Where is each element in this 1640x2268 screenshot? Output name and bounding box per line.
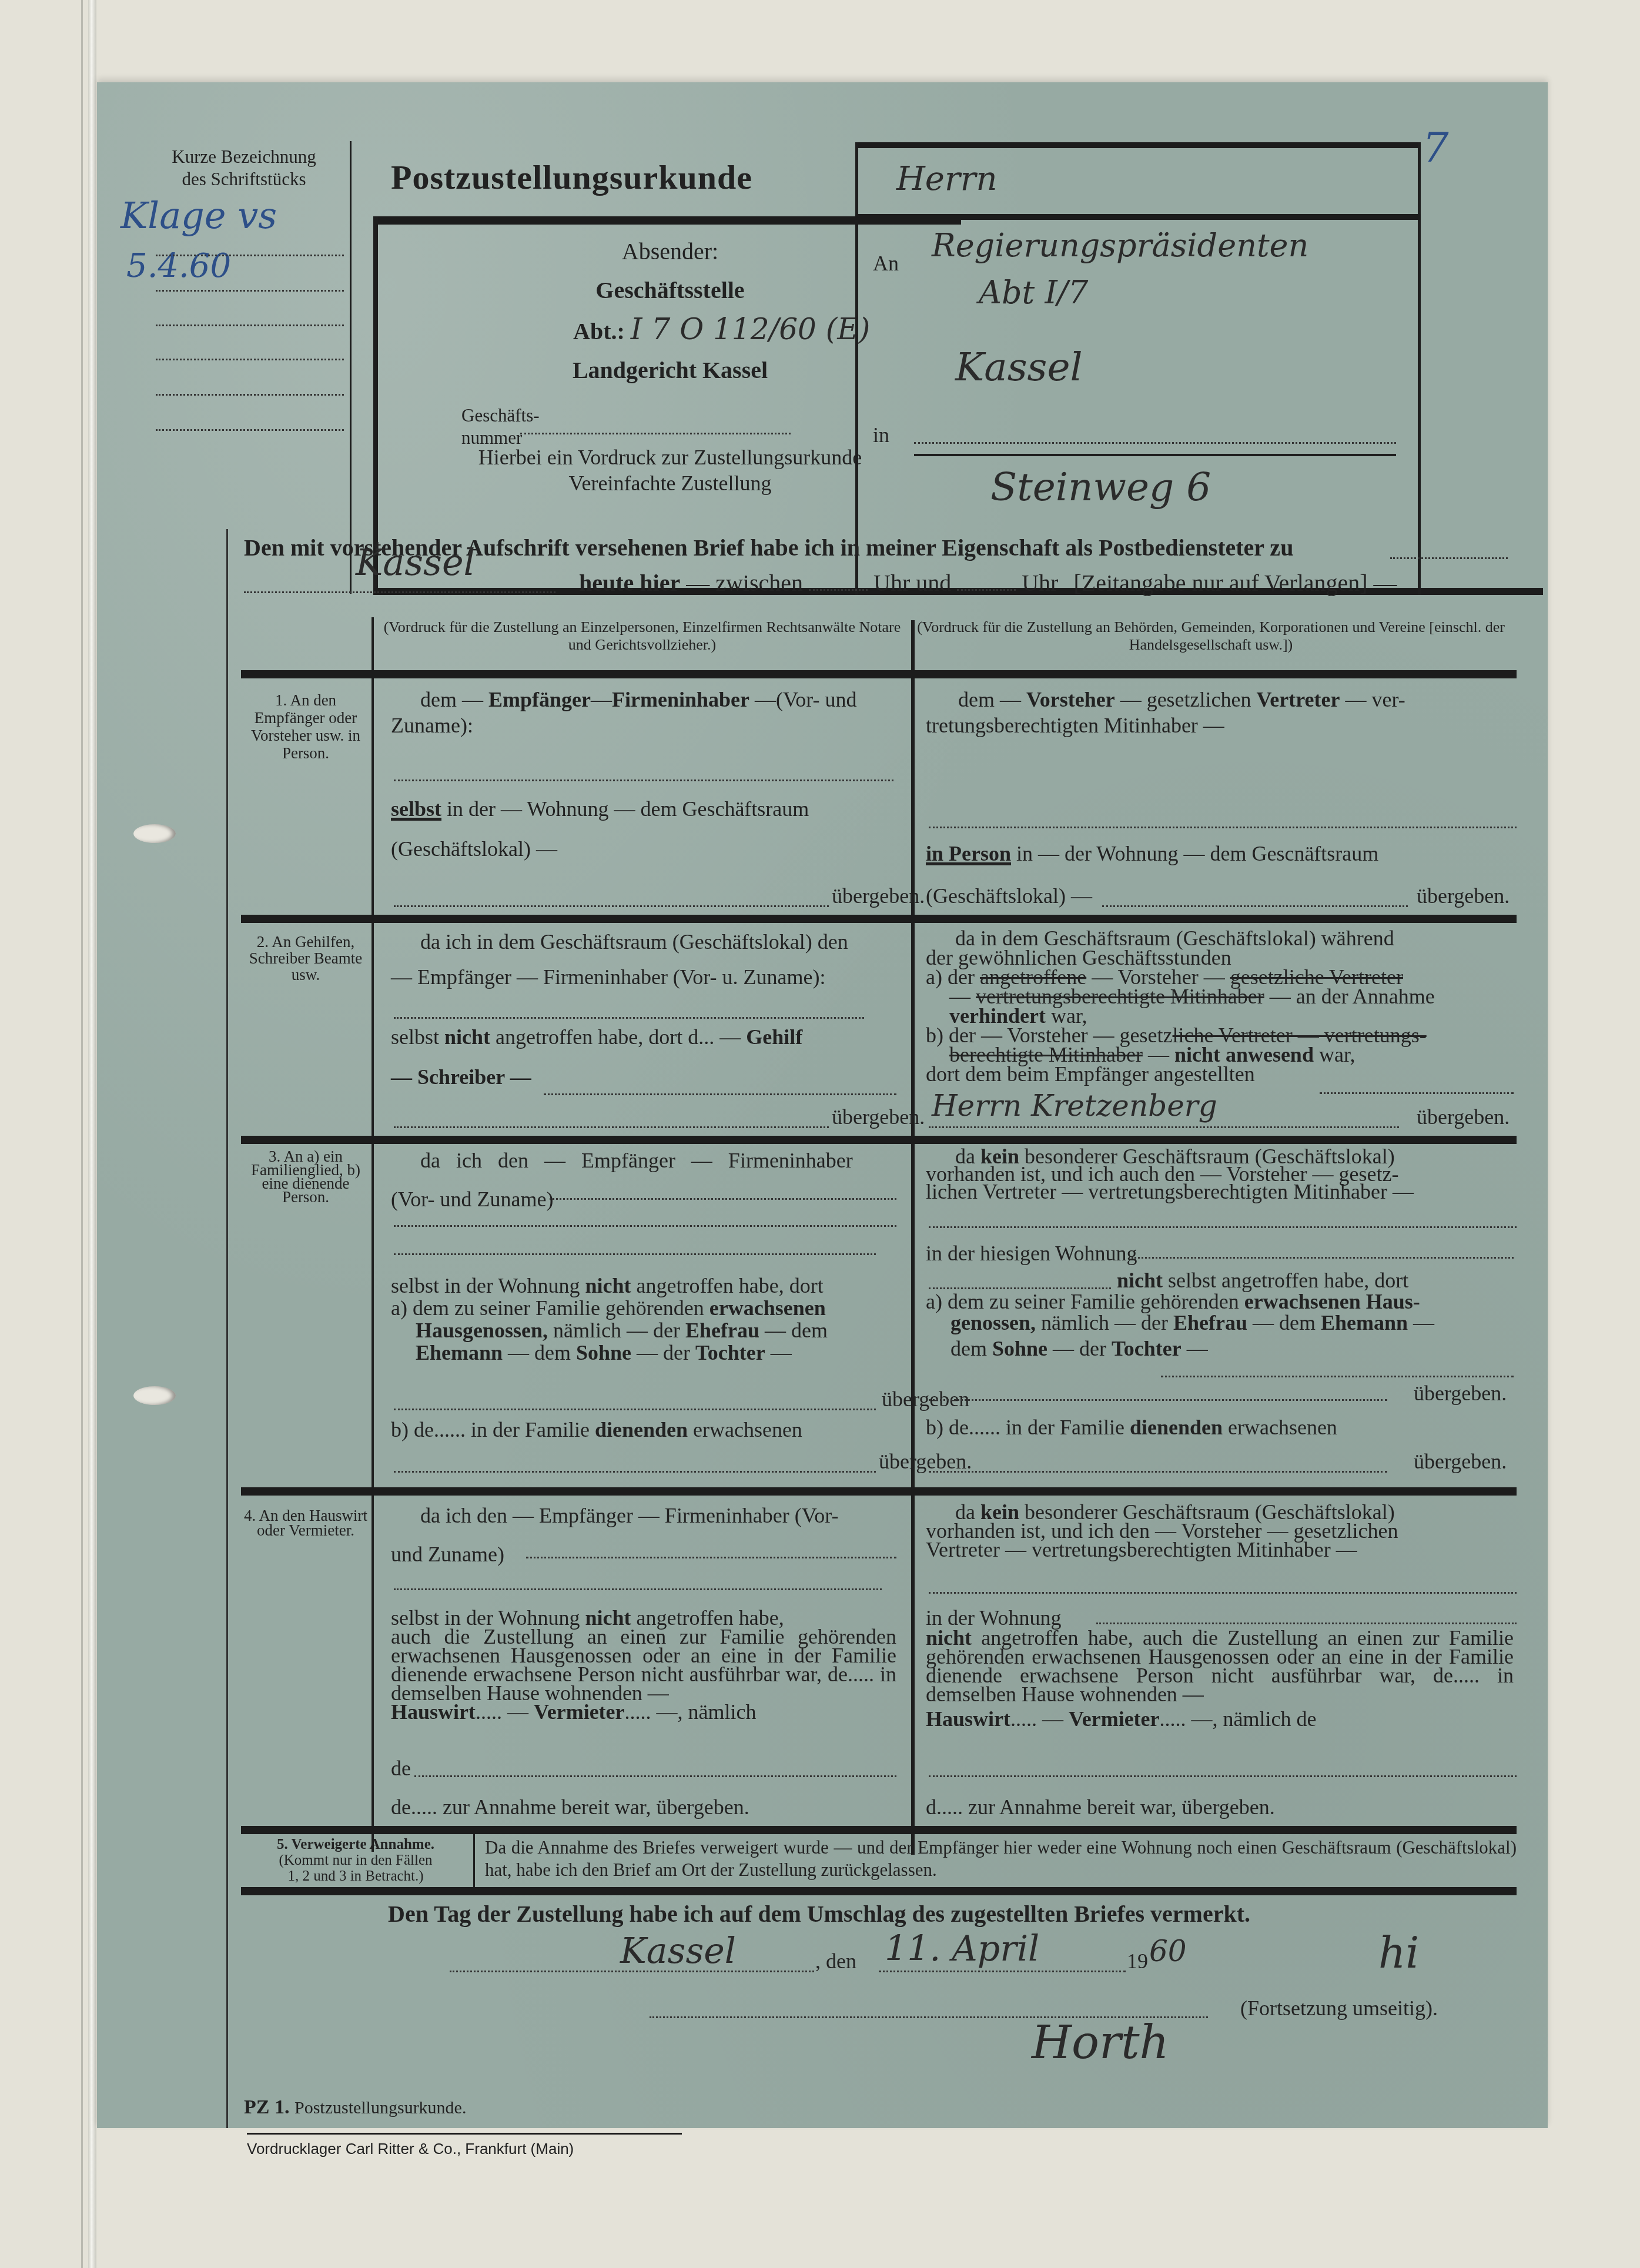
heute-hier: heute hier (579, 570, 680, 596)
intro-place-field (1390, 557, 1508, 559)
section-2-label: 2. An Gehilfen, Schreiber Beamte usw. (241, 934, 370, 983)
signature-field (650, 2016, 1208, 2018)
handwritten-salutation: Herrn (896, 160, 998, 198)
sleeve-edge-line (81, 0, 83, 2268)
abt-label: Abt.: (573, 318, 625, 344)
section-1-label: 1. An den Empfänger oder Vorsteher usw. … (241, 691, 370, 762)
s3r-dash2: — (1187, 1337, 1208, 1360)
left-dotted-line-6 (156, 429, 344, 431)
s2l-line-1: da ich in dem Geschäftsraum (Geschäftslo… (391, 929, 896, 955)
sender-court: Landgericht Kassel (379, 356, 961, 384)
handwritten-employee-name: Herrn Kretzenberg (932, 1089, 1217, 1123)
footer-form-name: Postzustellungsurkunde. (294, 2098, 467, 2118)
left-margin-line (226, 529, 228, 2128)
s4l-vermieter: Vermieter (534, 1700, 625, 1724)
s2l-name-field (394, 1017, 864, 1019)
refusal-label-2: (Kommt nur in den Fällen (241, 1852, 470, 1868)
s4l-naemlich: ..... —, nämlich (625, 1700, 757, 1724)
s3r-dienenden: dienenden (1130, 1416, 1223, 1439)
left-label: Kurze Bezeichnung des Schriftstücks (144, 146, 344, 190)
handwritten-recipient-line-1: Regierungspräsidenten (932, 227, 1308, 264)
s1r-wohnung: in — der Wohnung — dem Gescnäftsraum (1016, 842, 1378, 865)
time-from-field (809, 589, 868, 591)
section-3-left: da ich den — Empfänger — Firmeninhaber (… (391, 1148, 896, 1212)
s3r-b-row: b) de...... in der Familie dienenden erw… (926, 1414, 1514, 1440)
s4l-hauswirt: Hauswirt (391, 1700, 476, 1724)
s3l-dash: — (771, 1341, 792, 1364)
s3l-der: — der (637, 1341, 690, 1364)
header-divider (350, 141, 352, 594)
s1r-gesetzlichen: — gesetzlichen (1120, 688, 1251, 711)
closing-place-field (450, 1971, 814, 1972)
s2r-angestellten: dort dem beim Empfänger angestellten (926, 1065, 1514, 1084)
s3l-b-1: b) de...... in der Familie (391, 1418, 590, 1441)
s4l-dots1: ..... — (476, 1700, 528, 1724)
s3r-a-field (929, 1399, 1387, 1401)
s3r-dash: — (1413, 1311, 1434, 1334)
s2l-schreiber-field (544, 1093, 896, 1095)
s3r-b-field (929, 1471, 1387, 1473)
s1r-dem: dem — (958, 688, 1021, 711)
section-2-rule (241, 1136, 1517, 1144)
closing-date-field (879, 1971, 1126, 1972)
section-4-right: da kein besonderer Geschäftsraum (Geschä… (926, 1503, 1514, 1559)
continuation-note: (Fortsetzung umseitig). (1240, 1995, 1438, 2021)
s1r-vertreter: Vertreter (1257, 688, 1340, 711)
handwritten-delivery-place: Kassel (356, 541, 475, 584)
s1r-geschaeftslokal: (Geschäftslokal) — (926, 883, 1092, 909)
s4r-end: d..... zur Annahme bereit war, übergeben… (926, 1794, 1275, 1820)
section-1-right: dem — Vorsteher — gesetzlichen Vertreter… (926, 687, 1514, 738)
s3l-hausgenossen: Hausgenossen, (416, 1319, 548, 1342)
s3l-tochter: Tochter (695, 1341, 765, 1364)
s1l-selbst-row: selbst in der — Wohnung — dem Geschäftsr… (391, 796, 896, 862)
s2r-uebergeben: übergeben. (1417, 1104, 1510, 1130)
s3l-selbst: selbst in der Wohnung (391, 1274, 580, 1297)
sleeve-edge (88, 0, 96, 2268)
refusal-rule (241, 1887, 1517, 1895)
left-dotted-line-4 (156, 359, 344, 360)
s2l-handover-field (394, 1126, 829, 1128)
s3l-angetroffen: angetroffen habe, dort (636, 1274, 823, 1297)
s3r-nicht: nicht (1117, 1269, 1163, 1292)
s3l-name-field-1 (550, 1198, 896, 1200)
uhr-und: Uhr und (873, 570, 951, 596)
footer-printer: Vordrucklager Carl Ritter & Co., Frankfu… (247, 2140, 574, 2158)
s1r-vorsteher: Vorsteher (1026, 688, 1115, 711)
s2r-annahme: — an der Annahme (1270, 985, 1435, 1008)
s3l-line-1: da ich den — Empfänger — Firmeninhaber (391, 1148, 896, 1173)
handwritten-corner-mark: 7 (1423, 123, 1449, 172)
postal-delivery-certificate: Kurze Bezeichnung des Schriftstücks Klag… (97, 82, 1548, 2128)
s3r-ehemann: Ehemann (1321, 1311, 1408, 1334)
label-column-divider (371, 617, 374, 1852)
s2l-angetroffen: angetroffen habe, dort d... — (496, 1025, 741, 1049)
refusal-label-3: 1, 2 und 3 in Betracht.) (241, 1868, 470, 1884)
s4l-name-field-2 (394, 1588, 882, 1590)
file-number-field (520, 433, 791, 434)
punch-hole-bottom (133, 1386, 176, 1405)
left-dotted-line-5 (156, 394, 344, 396)
handwritten-recipient-line-2: Abt I/7 (979, 274, 1088, 311)
s4r-hauswirt: Hauswirt (926, 1707, 1010, 1731)
closing-statement: Den Tag der Zustellung habe ich auf dem … (388, 1900, 1250, 1928)
s3l-erwachsenen: erwachsenen (709, 1296, 826, 1320)
punch-hole-top (133, 824, 176, 843)
s1r-handover-field (1102, 905, 1408, 907)
s4r-body: nicht angetroffen habe, auch die Zustell… (926, 1628, 1514, 1728)
s3r-naemlich: nämlich — der (1041, 1311, 1168, 1334)
s3r-name-field (929, 1226, 1517, 1228)
s1l-dem: dem — (420, 688, 483, 711)
section-1-left: dem — Empfänger—Firmeninhaber —(Vor- und… (391, 687, 896, 738)
s3r-dem: — dem (1253, 1311, 1316, 1334)
s3l-name-field-2 (394, 1225, 896, 1227)
s3l-name-field-3 (394, 1253, 876, 1255)
s3r-erwachsenen: erwachsenen Haus- (1244, 1290, 1420, 1313)
s1l-vor: —(Vor- und (755, 688, 857, 711)
s3r-tochter: Tochter (1112, 1337, 1182, 1360)
s1l-geschaeftslokal: (Geschäftslokal) — (391, 836, 896, 862)
recipient-box-divider (855, 214, 1421, 220)
s3l-body: selbst in der Wohnung nicht angetroffen … (391, 1275, 896, 1364)
handwritten-file-number: I 7 O 112/60 (E) (631, 312, 871, 346)
handwritten-document-description: Klage vs (121, 194, 277, 237)
refusal-label-1: 5. Verweigerte Annahme. (241, 1837, 470, 1852)
s4r-vermieter: Vermieter (1069, 1707, 1160, 1731)
s2r-employee-field (1320, 1092, 1514, 1094)
s3l-a-field (394, 1409, 876, 1410)
s4l-end: de..... zur Annahme bereit war, übergebe… (391, 1794, 749, 1820)
refusal-divider (473, 1834, 475, 1887)
recipient-box-right (1418, 142, 1421, 595)
s1l-firmeninhaber: Firmeninhaber (612, 688, 749, 711)
s4r-wohnung-field (1096, 1623, 1517, 1624)
s3l-dem: — dem (765, 1319, 828, 1342)
s4l-paragraph: auch die Zustellung an einen zur Familie… (391, 1627, 896, 1702)
footer-form-code-row: PZ 1. Postzustellungsurkunde. (244, 2096, 466, 2119)
s3r-body: nicht selbst angetroffen habe, dort a) d… (926, 1270, 1514, 1359)
section-2-right: da in dem Geschäftsraum (Geschäftslokal)… (926, 929, 1514, 1084)
file-number-label: Geschäfts- nummer (461, 404, 540, 449)
s3r-wohnung-field (1132, 1257, 1514, 1259)
s1l-uebergeben: übergeben. (832, 883, 925, 909)
section-1-rule (241, 915, 1517, 923)
time-to-field (957, 589, 1016, 591)
s1r-ver: — ver- (1345, 688, 1405, 711)
s3l-sohne: Sohne (576, 1341, 631, 1364)
sender-abt-row: Abt.: I 7 O 112/60 (E) (379, 315, 961, 346)
left-dotted-line-1 (156, 255, 344, 256)
s4l-de: de (391, 1755, 411, 1781)
form-title: Postzustellungsurkunde (391, 158, 752, 197)
recipient-street-rule (914, 454, 1396, 456)
s3l-b-field (394, 1471, 876, 1473)
s4l-line-2: und Zuname) (391, 1541, 896, 1567)
s3r-selbst: selbst angetroffen habe, dort (1168, 1269, 1408, 1292)
s3r-genossen: genossen, (950, 1311, 1036, 1334)
s3l-dienenden: dienenden (595, 1418, 688, 1441)
s3r-line-3: lichen Vertreter — vertretungsberechtigt… (926, 1183, 1514, 1200)
s3l-naemlich: nämlich — der (553, 1319, 680, 1342)
s3l-dem2: — dem (508, 1341, 571, 1364)
s4r-dots1: ..... — (1010, 1707, 1063, 1731)
s4r-paragraph: angetroffen habe, auch die Zustellung an… (926, 1626, 1514, 1706)
closing-year-prefix: 19 (1127, 1948, 1148, 1974)
handwritten-signature: Horth (1032, 2016, 1169, 2069)
sender-note-1: Hierbei ein Vordruck zur Zustellungsurku… (379, 444, 961, 470)
s1l-name-field (394, 780, 893, 781)
s2l-selbst: selbst (391, 1025, 439, 1049)
handwritten-closing-date: 11. April (885, 1928, 1039, 1969)
handwritten-recipient-street: Steinweg 6 (990, 464, 1211, 510)
s2r-handover-field (929, 1126, 1399, 1128)
s3r-b-1: b) de...... in der Familie (926, 1416, 1124, 1439)
footer-form-code: PZ 1. (244, 2096, 289, 2118)
section-4-rule (241, 1826, 1517, 1834)
s1r-person-row: in Person in — der Wohnung — dem Gescnäf… (926, 841, 1514, 867)
closing-den: , den (815, 1948, 856, 1974)
s1r-name-field (929, 827, 1517, 828)
s1l-handover-field (394, 905, 829, 907)
recipient-in-label: in (873, 422, 889, 448)
s2l-selbst-row: selbst nicht angetroffen habe, dort d...… (391, 1024, 896, 1090)
s4l-name-field-1 (526, 1557, 896, 1558)
s3r-a-uebergeben: übergeben. (1414, 1380, 1507, 1406)
s3l-b-erwachsenen: erwachsenen (693, 1418, 802, 1441)
recipient-box-top (855, 142, 1420, 148)
intro-time-row: heute hier — zwischen Uhr und Uhr [Zeita… (579, 569, 1397, 597)
section-3-right: da kein besonderer Geschäftsraum (Geschä… (926, 1148, 1514, 1200)
header-rule (241, 670, 1517, 678)
s1l-selbst: selbst (391, 797, 441, 821)
s1l-wohnung: in der — Wohnung — dem Geschäftsraum (447, 797, 809, 821)
recipient-box-left (855, 142, 858, 595)
s1r-in-person: in Person (926, 842, 1011, 865)
s2l-schreiber: — Schreiber — (391, 1065, 531, 1089)
section-2-left: da ich in dem Geschäftsraum (Geschäftslo… (391, 929, 896, 990)
s3r-tochter-field (1161, 1376, 1514, 1377)
handwritten-recipient-city: Kassel (955, 344, 1083, 390)
uhr: Uhr (1022, 570, 1058, 596)
left-dotted-line-3 (156, 325, 344, 326)
s3r-der: — der (1053, 1337, 1106, 1360)
left-dotted-line-2 (156, 290, 344, 292)
s1l-dash: — (591, 688, 612, 711)
left-column-header: (Vordruck für die Zustellung an Einzelpe… (376, 618, 908, 654)
s4l-line-1: da ich den — Empfänger — Firmeninhaber (… (391, 1503, 896, 1528)
s3r-uebergeben: übergeben. (1414, 1449, 1507, 1474)
s3l-ehefrau: Ehefrau (685, 1319, 759, 1342)
footer-rule (247, 2133, 682, 2135)
zwischen: — zwischen (686, 570, 803, 596)
s3r-dem2: dem (950, 1337, 987, 1360)
section-3-rule (241, 1487, 1517, 1496)
s1r-mitinhaber: tretungsberechtigten Mitinhaber — (926, 712, 1514, 738)
s4r-name-field (929, 1592, 1517, 1594)
intro-place-dotted (244, 591, 555, 593)
s3r-ehefrau: Ehefrau (1173, 1311, 1247, 1334)
s3r-b-erwachsenen: erwachsenen (1228, 1416, 1337, 1439)
handwritten-closing-year: 60 (1149, 1934, 1187, 1968)
zeitangabe-note: [Zeitangabe nur auf Verlangen] — (1073, 570, 1397, 596)
s3l-b-row: b) de...... in der Familie dienenden erw… (391, 1417, 896, 1443)
sender-note: Hierbei ein Vordruck zur Zustellungsurku… (379, 444, 961, 496)
right-column-header: (Vordruck für die Zustellung an Behörden… (917, 618, 1505, 654)
sender-note-2: Vereinfachte Zustellung (379, 470, 961, 496)
s1l-zuname: Zuname): (391, 712, 896, 738)
s3r-hiesige-wohnung: in der hiesigen Wohnung (926, 1240, 1137, 1266)
s2l-uebergeben: übergeben. (832, 1104, 925, 1130)
left-label-line-2: des Schriftstücks (144, 168, 344, 190)
s1r-uebergeben: übergeben. (1417, 883, 1510, 909)
handwritten-closing-place: Kassel (620, 1931, 736, 1972)
s4r-de-field (929, 1775, 1517, 1777)
file-number-label-1: Geschäfts- (461, 404, 540, 427)
handwritten-document-date: 5.4.60 (126, 247, 231, 285)
s4l-de-field (414, 1775, 896, 1777)
section-4-label: 4. An den Hauswirt oder Vermieter. (241, 1508, 370, 1538)
recipient-an-label: An (873, 250, 899, 276)
s3l-a-1: a) dem zu seiner Familie gehörenden (391, 1296, 704, 1320)
s2l-gehilf: Gehilf (746, 1025, 802, 1049)
s1l-empfaenger: Empfänger (488, 688, 591, 711)
s3r-sohne: Sohne (992, 1337, 1047, 1360)
s2l-nicht: nicht (444, 1025, 490, 1049)
left-label-line-1: Kurze Bezeichnung (144, 146, 344, 168)
s3r-a-1: a) dem zu seiner Familie gehörenden (926, 1290, 1239, 1313)
s4l-body: selbst in der Wohnung nicht angetroffen … (391, 1608, 896, 1721)
recipient-place-field (914, 442, 1396, 444)
section-3-label: 3. An a) ein Familienglied, b) eine dien… (241, 1150, 370, 1204)
refusal-text: Da die Annahme des Briefes verweigert wu… (485, 1837, 1517, 1881)
s4r-line-3: Vertreter — vertretungsberechtigten Miti… (926, 1540, 1514, 1559)
middle-column-divider (911, 620, 915, 1855)
s2r-war2: war, (1319, 1043, 1355, 1066)
s3l-nicht: nicht (585, 1274, 631, 1297)
handwritten-initials: hi (1378, 1928, 1419, 1978)
s4r-naemlich: ..... —, nämlich de (1160, 1707, 1317, 1731)
sender-office: Geschäftsstelle (379, 276, 961, 305)
refusal-label: 5. Verweigerte Annahme. (Kommt nur in de… (241, 1837, 470, 1884)
s2l-line-2: — Empfänger — Firmeninhaber (Vor- u. Zun… (391, 964, 896, 990)
s3l-ehemann: Ehemann (416, 1341, 503, 1364)
